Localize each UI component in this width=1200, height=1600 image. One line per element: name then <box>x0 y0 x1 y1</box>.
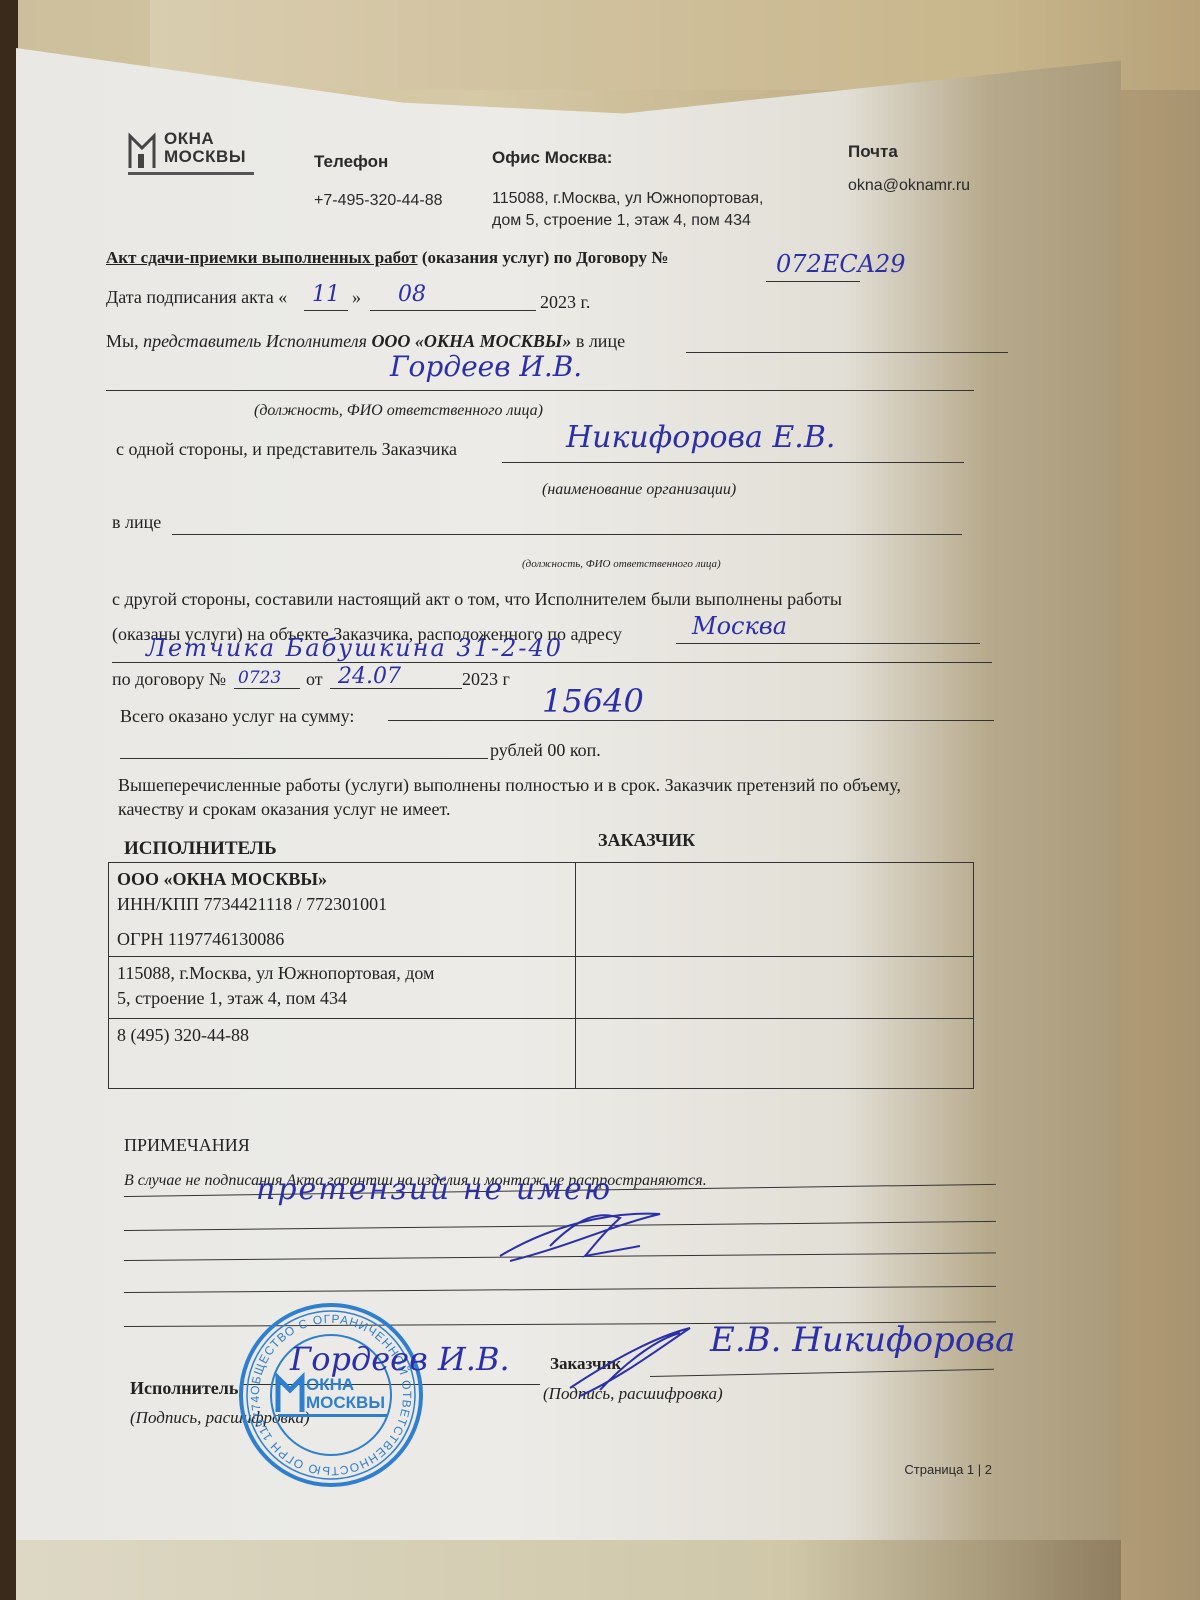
contract-ref-from: от <box>306 669 323 690</box>
date-mid: » <box>352 287 361 308</box>
we-prefix: Мы, <box>106 331 143 351</box>
customer-address-cell[interactable] <box>576 957 974 1019</box>
executor-rep-line-1 <box>686 352 1008 353</box>
act-title: Акт сдачи-приемки выполненных работ (ока… <box>106 248 668 268</box>
representative-intro: Мы, представитель Исполнителя ООО «ОКНА … <box>106 331 625 352</box>
in-person-line <box>172 534 962 535</box>
executor-heading: ИСПОЛНИТЕЛЬ <box>124 838 277 860</box>
table-row: ООО «ОКНА МОСКВЫ» ИНН/КПП 7734421118 / 7… <box>109 863 974 957</box>
logo-line-1: ОКНА <box>164 130 246 148</box>
stamp-center-line-2: МОСКВЫ <box>306 1393 385 1412</box>
customer-caption: (наименование организации) <box>542 481 736 499</box>
phone-label: Телефон <box>314 152 388 172</box>
contract-number-line <box>766 281 860 282</box>
executor-sign-label: Исполнитель <box>130 1378 238 1399</box>
office-address-line-2: дом 5, строение 1, этаж 4, пом 434 <box>492 210 763 232</box>
mail-label: Почта <box>848 142 898 162</box>
date-month-handwritten[interactable]: 08 <box>398 282 426 307</box>
executor-phone-cell: 8 (495) 320-44-88 <box>109 1019 576 1089</box>
executor-address-cell: 115088, г.Москва, ул Южнопортовая, дом 5… <box>109 957 576 1019</box>
table-row: 8 (495) 320-44-88 <box>109 1019 974 1089</box>
we-company: ООО «ОКНА МОСКВЫ» <box>371 331 571 351</box>
contract-ref-date-handwritten[interactable]: 24.07 <box>338 664 401 689</box>
other-side-text: с другой стороны, составили настоящий ак… <box>112 589 842 610</box>
date-year: 2023 г. <box>540 292 590 313</box>
in-person-caption: (должность, ФИО ответственного лица) <box>522 558 721 570</box>
executor-company: ООО «ОКНА МОСКВЫ» <box>117 869 567 890</box>
executor-rep-line-2 <box>106 390 974 391</box>
completion-text-line-1: Вышеперечисленные работы (услуги) выполн… <box>118 773 901 797</box>
contract-ref-no-line <box>234 688 300 689</box>
contract-number-handwritten[interactable]: 072ECA29 <box>776 250 906 278</box>
requisites-table: ООО «ОКНА МОСКВЫ» ИНН/КПП 7734421118 / 7… <box>108 862 974 1089</box>
company-logo: ОКНА МОСКВЫ <box>128 130 258 180</box>
total-handwritten[interactable]: 15640 <box>542 682 644 720</box>
page-number: Страница 1 | 2 <box>904 1462 992 1477</box>
date-day-line <box>304 310 348 311</box>
contract-ref-year: 2023 г <box>462 669 510 690</box>
executor-company-cell: ООО «ОКНА МОСКВЫ» ИНН/КПП 7734421118 / 7… <box>109 863 576 957</box>
executor-inn: ИНН/КПП 7734421118 / 772301001 <box>117 894 567 915</box>
office-address: 115088, г.Москва, ул Южнопортовая, дом 5… <box>492 188 763 232</box>
date-label: Дата подписания акта « <box>106 287 287 308</box>
executor-address-line-1: 115088, г.Москва, ул Южнопортовая, дом <box>117 963 567 984</box>
customer-side-label: с одной стороны, и представитель Заказчи… <box>116 439 457 460</box>
logo-line-2: МОСКВЫ <box>164 148 246 166</box>
completion-text: Вышеперечисленные работы (услуги) выполн… <box>118 773 901 821</box>
executor-signature-handwritten[interactable]: Гордеев И.В. <box>290 1340 510 1378</box>
contract-ref-label: по договору № <box>112 669 226 690</box>
logo-text: ОКНА МОСКВЫ <box>164 130 246 166</box>
address-street-handwritten[interactable]: Летчика Бабушкина 31-2-40 <box>146 634 563 662</box>
phone-value: +7-495-320-44-88 <box>314 192 443 210</box>
we-suffix: в лице <box>571 331 625 351</box>
paper-lower-edge <box>16 1540 1121 1600</box>
total-label: Всего оказано услуг на сумму: <box>120 706 354 727</box>
date-month-line <box>370 310 536 311</box>
executor-rep-caption: (должность, ФИО ответственного лица) <box>254 402 543 420</box>
executor-rep-handwritten[interactable]: Гордеев И.В. <box>390 350 582 383</box>
customer-line <box>502 462 964 463</box>
total-line <box>388 720 994 721</box>
in-person-label: в лице <box>112 512 161 533</box>
customer-phone-cell[interactable] <box>576 1019 974 1089</box>
rubles-text: рублей 00 коп. <box>490 740 601 761</box>
notes-handwritten[interactable]: претензий не имею <box>256 1172 612 1207</box>
act-title-rest: (оказания услуг) по Договору № <box>422 248 669 267</box>
company-stamp-icon: ОБЩЕСТВО С ОГРАНИЧЕННОЙ ОТВЕТСТВЕННОСТЬЮ… <box>236 1300 426 1490</box>
we-italic: представитель Исполнителя <box>143 331 371 351</box>
customer-company-cell[interactable] <box>576 863 974 957</box>
logo-underline <box>128 172 254 175</box>
act-title-main: Акт сдачи-приемки выполненных работ <box>106 248 418 267</box>
office-label: Офис Москва: <box>492 148 612 168</box>
customer-heading: ЗАКАЗЧИК <box>598 830 695 851</box>
customer-signature-handwritten[interactable]: Е.В. Никифорова <box>710 1320 1015 1360</box>
contract-ref-no-handwritten[interactable]: 0723 <box>238 668 281 688</box>
executor-ogrn: ОГРН 1197746130086 <box>117 929 567 950</box>
executor-phone: 8 (495) 320-44-88 <box>117 1025 567 1046</box>
okna-moskvy-logo-icon <box>128 132 156 168</box>
executor-address-line-2: 5, строение 1, этаж 4, пом 434 <box>117 988 567 1009</box>
address-city-handwritten[interactable]: Москва <box>692 612 787 640</box>
address-street-line <box>112 662 992 663</box>
customer-signature-loop-icon <box>560 1318 700 1398</box>
table-row: 115088, г.Москва, ул Южнопортовая, дом 5… <box>109 957 974 1019</box>
notes-heading: ПРИМЕЧАНИЯ <box>124 1135 250 1156</box>
customer-handwritten[interactable]: Никифорова Е.В. <box>566 420 835 455</box>
rubles-line <box>120 758 488 759</box>
initials-signature-icon <box>490 1206 670 1266</box>
completion-text-line-2: качеству и срокам оказания услуг не имее… <box>118 797 901 821</box>
date-day-handwritten[interactable]: 11 <box>312 282 340 307</box>
address-city-line <box>676 643 980 644</box>
office-address-line-1: 115088, г.Москва, ул Южнопортовая, <box>492 188 763 210</box>
mail-value[interactable]: okna@oknamr.ru <box>848 177 970 195</box>
